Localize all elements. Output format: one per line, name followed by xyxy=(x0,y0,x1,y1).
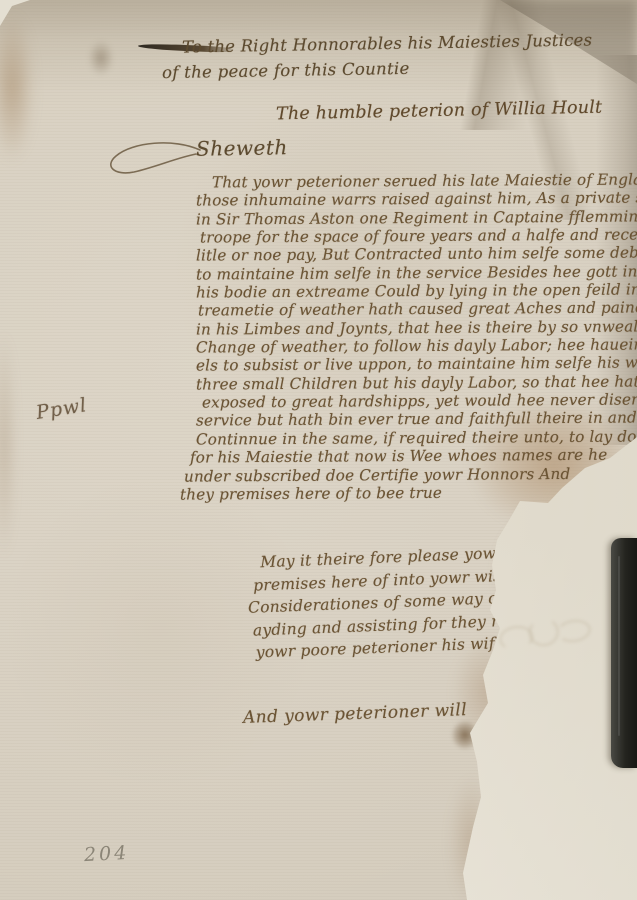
photographed-manuscript: To the Right Honnorables his Maiesties J… xyxy=(0,0,637,900)
manuscript-line: for his Maiestie that now is Wee whoes n… xyxy=(190,446,637,467)
salutation: Sheweth xyxy=(196,135,288,161)
strip-highlight xyxy=(618,556,620,736)
ink-blot xyxy=(88,40,114,76)
folio-number-pencil: 204 xyxy=(83,842,129,866)
petition-body: That yowr peterioner serued his late Mai… xyxy=(196,172,637,502)
calligraphic-flourish xyxy=(104,136,204,182)
bleedthrough-stain xyxy=(492,601,598,666)
book-edge-strip xyxy=(611,538,637,768)
